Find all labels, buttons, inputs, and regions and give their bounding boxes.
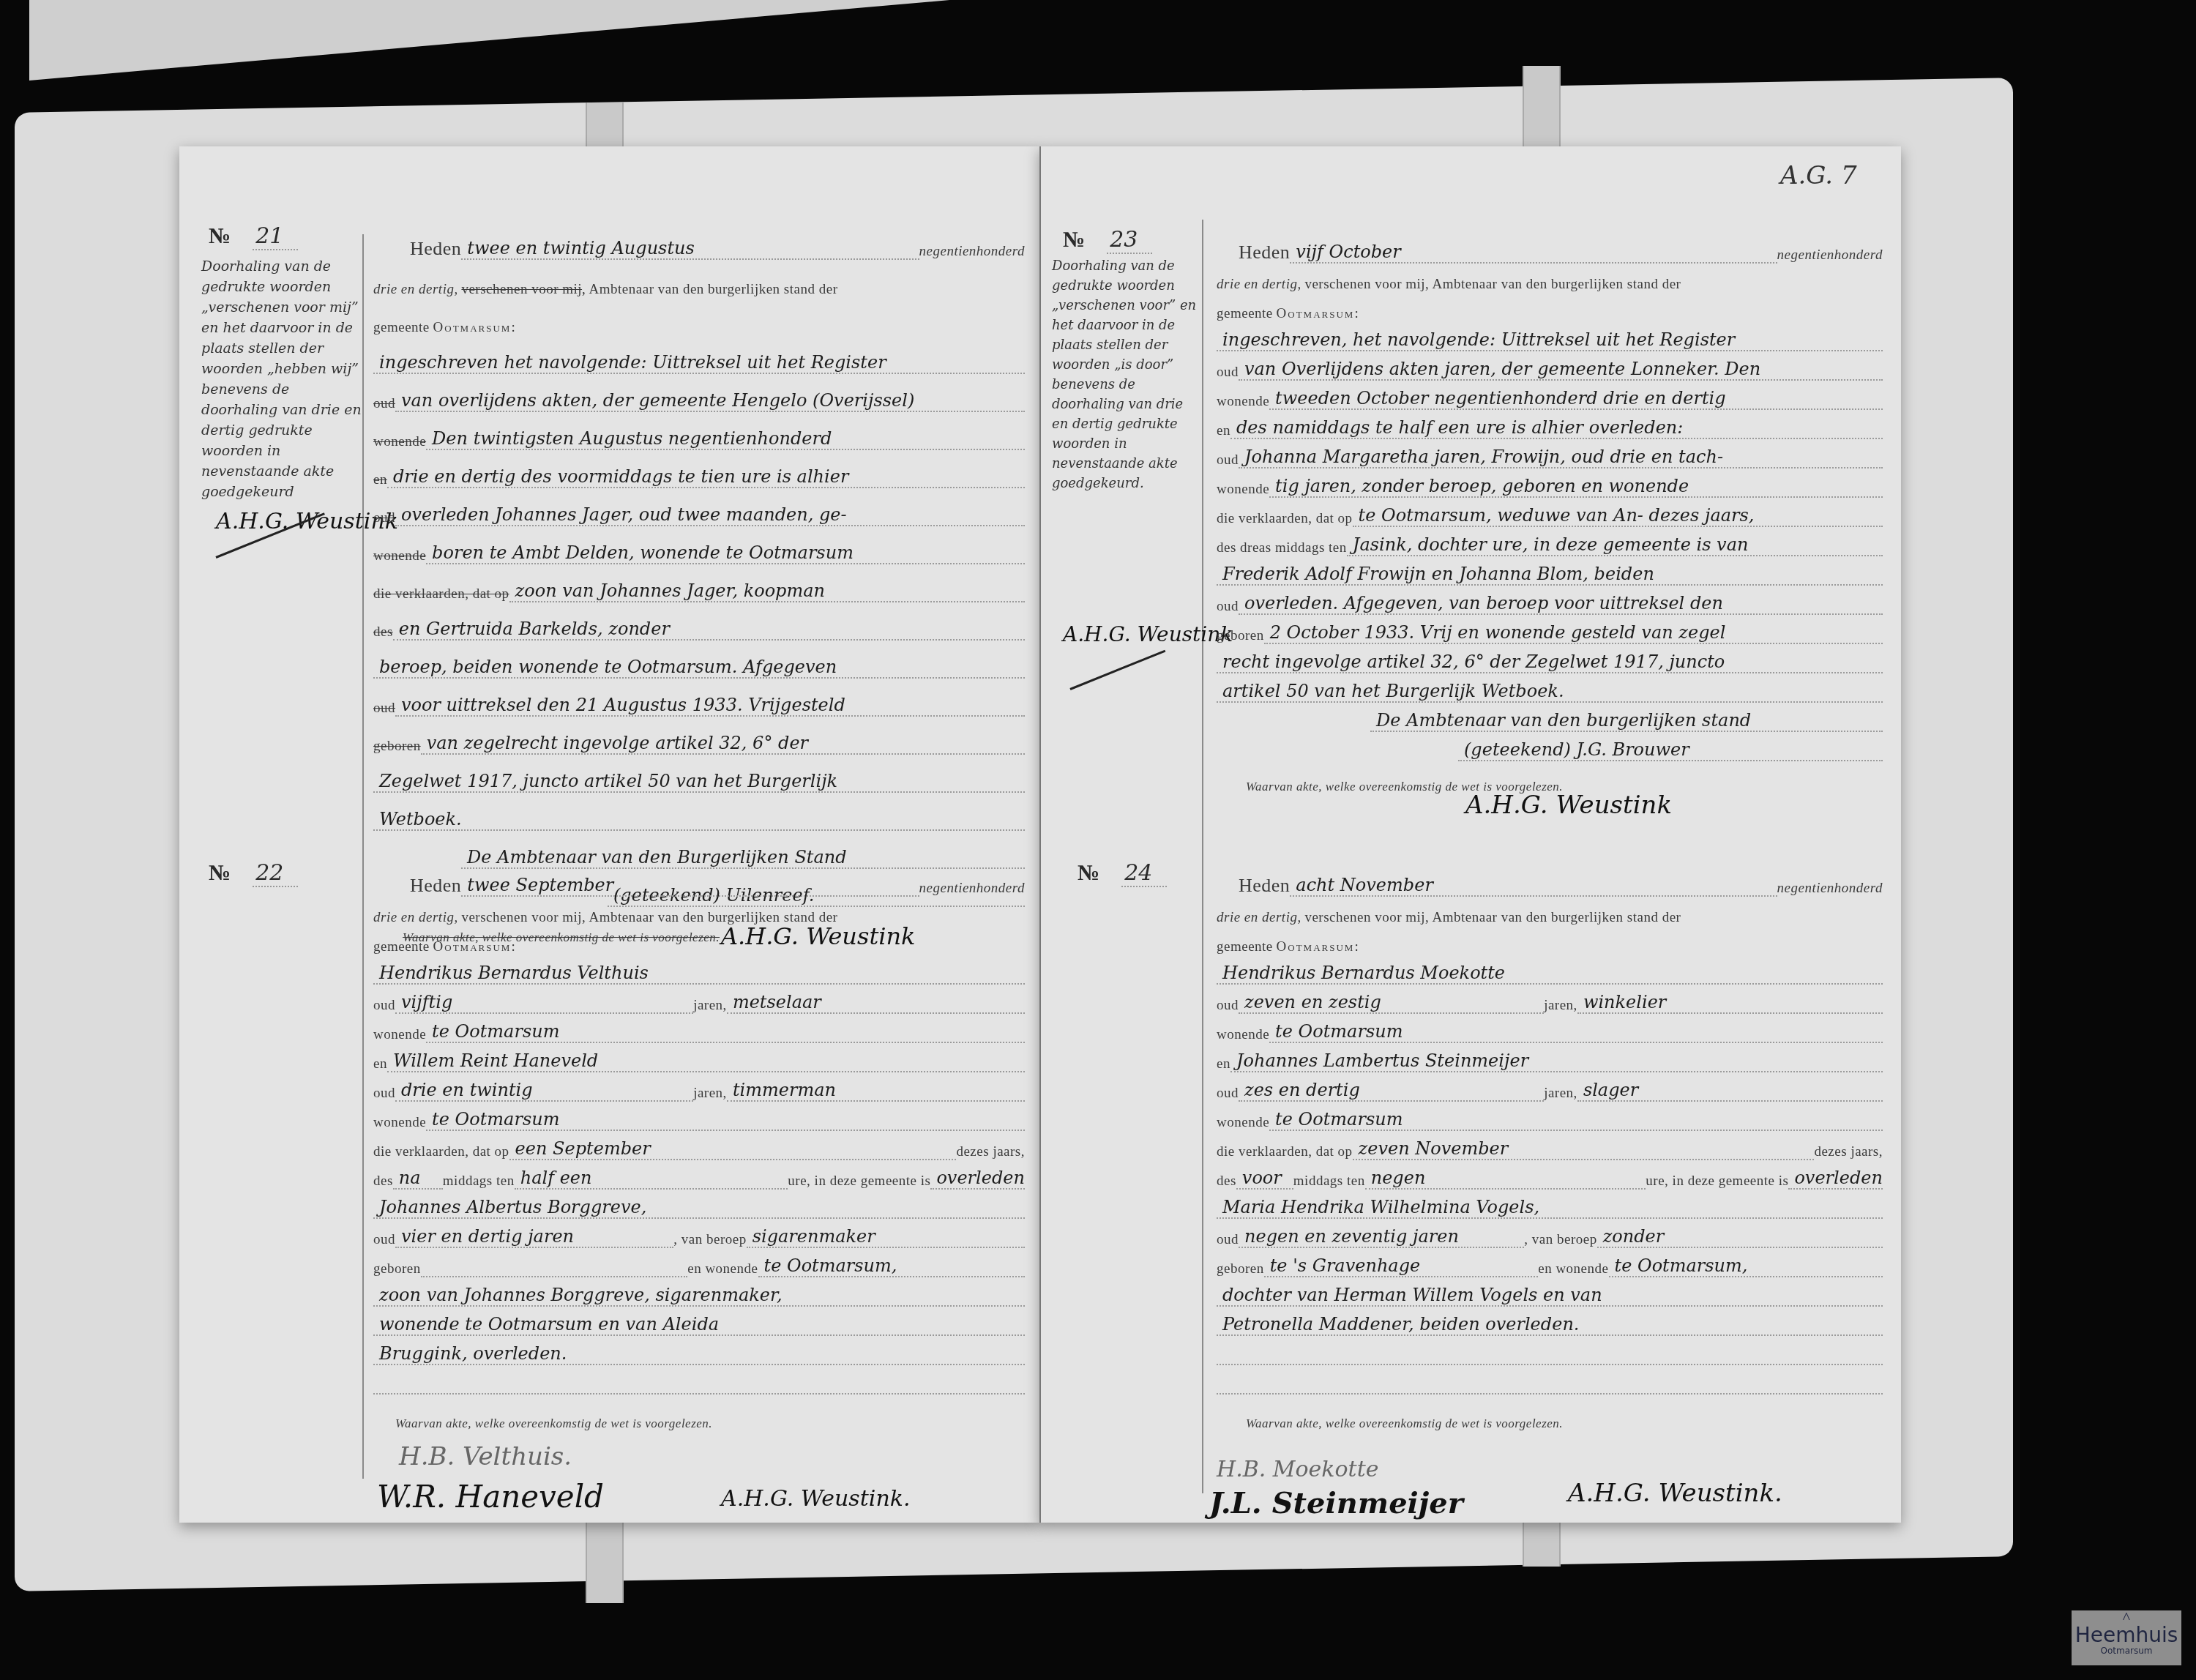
- register-book: №21 Doorhaling van de gedrukte woorden „…: [179, 146, 1900, 1523]
- official-signature: A.H.G. Weustink: [1465, 791, 1672, 820]
- entry-number: №23: [1063, 227, 1152, 253]
- background-sheet: [29, 0, 2035, 81]
- folio-mark: A.G. 7: [1780, 161, 1857, 190]
- witness-signature: H.B. Moekotte: [1217, 1457, 1378, 1482]
- entry-number: №24: [1078, 860, 1167, 886]
- heemhuis-watermark: ^ Heemhuis Ootmarsum: [2072, 1610, 2181, 1665]
- entry-number: №22: [209, 860, 298, 886]
- flourish-line: [1069, 650, 1165, 690]
- entry-number: №21: [209, 223, 298, 249]
- official-signature: A.H.G. Weustink.: [1568, 1479, 1782, 1508]
- witness-signature: H.B. Velthuis.: [399, 1442, 572, 1471]
- margin-note: Doorhaling van de gedrukte woorden „vers…: [1052, 256, 1198, 493]
- margin-signature: A.H.G. Weustink: [1063, 622, 1233, 646]
- margin-rule: [1202, 220, 1203, 1493]
- struck-text: verschenen voor mij: [461, 282, 582, 298]
- witness-signature: J.L. Steinmeijer: [1209, 1486, 1463, 1520]
- official-signature: A.H.G. Weustink.: [721, 1486, 910, 1512]
- left-page: №21 Doorhaling van de gedrukte woorden „…: [179, 146, 1039, 1523]
- witness-signature: W.R. Haneveld: [377, 1479, 604, 1515]
- date-field: twee en twintig Augustus: [461, 238, 919, 260]
- margin-note: Doorhaling van de gedrukte woorden „vers…: [201, 256, 362, 502]
- margin-rule: [362, 234, 364, 1479]
- right-page: A.G. 7 №23 Doorhaling van de gedrukte wo…: [1039, 146, 1901, 1523]
